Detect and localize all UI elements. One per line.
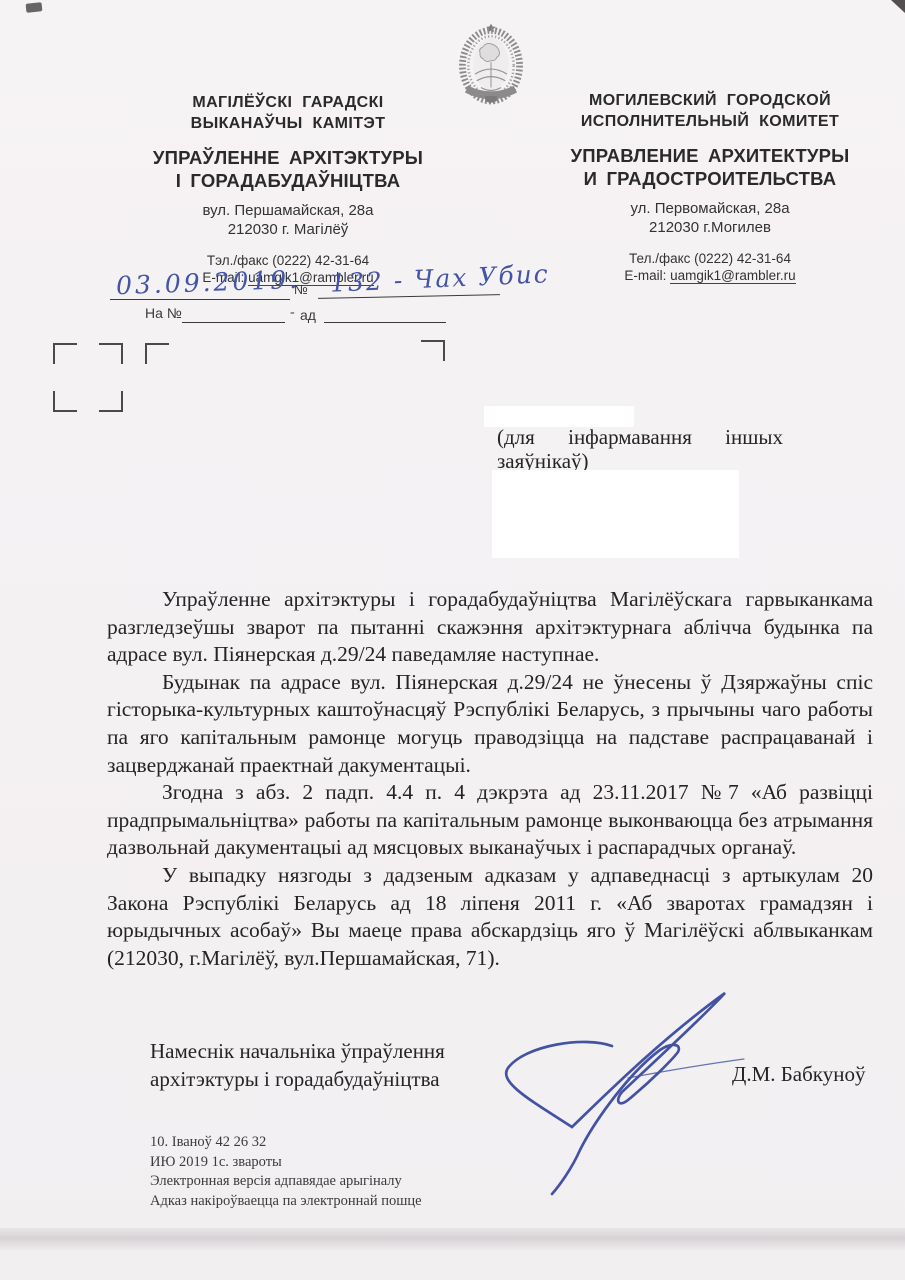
dept-name-line1: УПРАВЛЕНИЕ АРХИТЕКТУРЫ	[542, 144, 878, 167]
footer-email-delivery-note: Адказ накіроўваецца па электроннай пошце	[150, 1192, 422, 1212]
scan-shadow-band	[0, 1228, 905, 1250]
street-address: ул. Первомайская, 28а	[542, 199, 878, 218]
redaction-box-lower	[492, 470, 739, 558]
footer-electronic-copy-note: Электронная версія адпавядае арыгіналу	[150, 1172, 422, 1192]
number-sign-label: №	[294, 282, 308, 297]
email-line: E-mail: uamgik1@rambler.ru	[542, 267, 878, 284]
redaction-box-upper	[484, 406, 634, 427]
body-paragraph-2: Будынак па адрасе вул. Піянерская д.29/2…	[107, 669, 873, 779]
org-name-line1: МАГІЛЁЎСКІ ГАРАДСКІ	[118, 92, 458, 113]
phone-fax: Тел./факс (0222) 42-31-64	[542, 250, 878, 267]
email-address: uamgik1@rambler.ru	[670, 268, 796, 284]
reply-number-blank	[182, 322, 285, 323]
dept-name-line2: І ГОРАДАБУДАЎНІЦТВА	[118, 169, 458, 192]
addressee-corner-top-right	[421, 340, 445, 361]
org-name-line2: ВЫКАНАЎЧЫ КАМІТЭТ	[118, 113, 458, 134]
handwritten-date: 03.09.2019.	[116, 265, 301, 300]
scanned-letter-page: МАГІЛЁЎСКІ ГАРАДСКІ ВЫКАНАЎЧЫ КАМІТЭТ УП…	[0, 0, 905, 1280]
org-name-line1: МОГИЛЕВСКИЙ ГОРОДСКОЙ	[542, 90, 878, 111]
body-paragraph-3: Згодна з абз. 2 падп. 4.4 п. 4 дэкрэта а…	[107, 779, 873, 862]
signer-name: Д.М. Бабкуноў	[732, 1062, 865, 1087]
dept-name-line1: УПРАЎЛЕННЕ АРХІТЭКТУРЫ	[118, 146, 458, 169]
reply-dash: -	[290, 305, 295, 321]
footer-notes: 10. Іваноў 42 26 32 ИЮ 2019 1с. звароты …	[150, 1133, 422, 1211]
postal-city: 212030 г. Магілёў	[118, 220, 458, 239]
scan-artifact-top-right	[891, 0, 905, 13]
reply-to-number-label: На №	[145, 305, 182, 321]
scan-artifact-top-left	[26, 2, 43, 13]
addressee-note: (для інфармавання іншых заяўнікаў)	[497, 426, 783, 473]
footer-executor: 10. Іваноў 42 26 32	[150, 1133, 422, 1153]
stamp-corner-bottom-right	[99, 391, 123, 412]
letter-body: Упраўленне архітэктуры і горадабудаўніцт…	[107, 586, 873, 972]
postal-city: 212030 г.Могилев	[542, 218, 878, 237]
letterhead-left-belarusian: МАГІЛЁЎСКІ ГАРАДСКІ ВЫКАНАЎЧЫ КАМІТЭТ УП…	[118, 92, 458, 286]
footer-system-note: ИЮ 2019 1с. звароты	[150, 1153, 422, 1173]
stamp-corner-top-left	[53, 343, 77, 364]
reply-from-label: ад	[300, 307, 316, 323]
body-paragraph-4: У выпадку нязгоды з дадзеным адказам у а…	[107, 862, 873, 972]
signer-role-line2: архітэктуры і горадабудаўніцтва	[150, 1065, 520, 1093]
stamp-corner-bottom-left	[53, 391, 77, 412]
addressee-corner-top-left	[145, 343, 169, 364]
dept-name-line2: И ГРАДОСТРОИТЕЛЬСТВА	[542, 167, 878, 190]
signer-role-line1: Намеснік начальніка ўпраўлення	[150, 1037, 520, 1065]
belarus-coat-of-arms-icon	[452, 22, 530, 106]
body-paragraph-1: Упраўленне архітэктуры і горадабудаўніцт…	[107, 586, 873, 669]
org-name-line2: ИСПОЛНИТЕЛЬНЫЙ КОМИТЕТ	[542, 111, 878, 132]
reply-date-blank	[324, 322, 446, 323]
signer-role: Намеснік начальніка ўпраўлення архітэкту…	[150, 1037, 520, 1093]
letterhead-right-russian: МОГИЛЕВСКИЙ ГОРОДСКОЙ ИСПОЛНИТЕЛЬНЫЙ КОМ…	[542, 90, 878, 284]
street-address: вул. Першамайская, 28а	[118, 201, 458, 220]
stamp-corner-top-right	[99, 343, 123, 364]
date-underline	[110, 299, 290, 300]
